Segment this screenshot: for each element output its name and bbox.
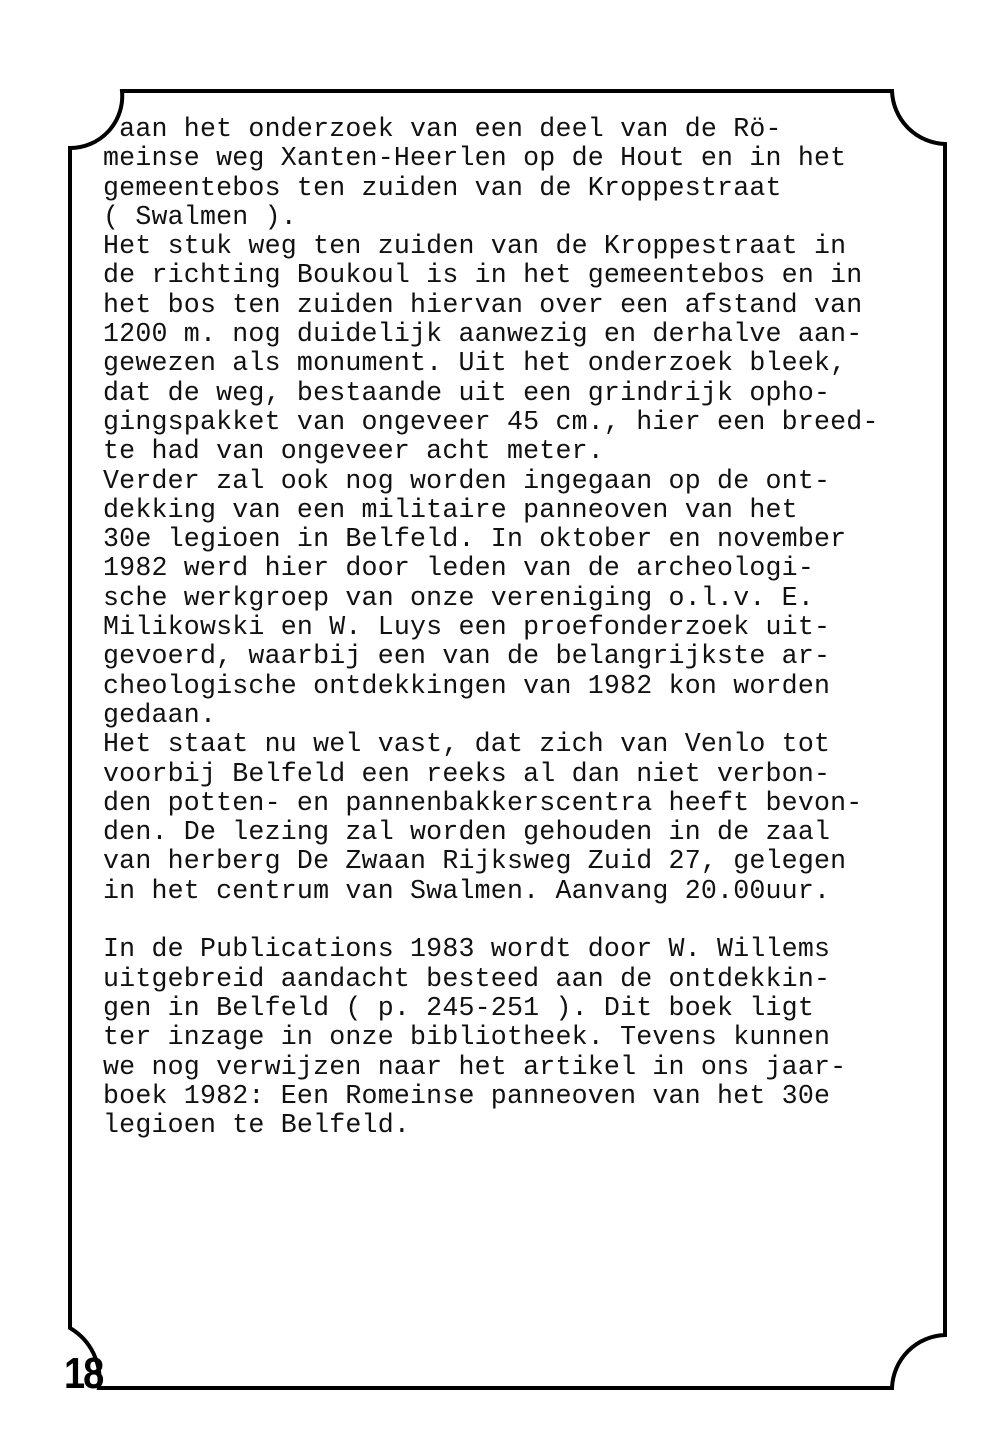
text-line: gen in Belfeld ( p. 245-251 ). Dit boek … — [103, 994, 963, 1023]
text-line: gewezen als monument. Uit het onderzoek … — [103, 349, 963, 378]
text-line: Milikowski en W. Luys een proefonderzoek… — [103, 613, 963, 642]
paragraph: Het stuk weg ten zuiden van de Kroppestr… — [103, 232, 963, 466]
text-line: gemeentebos ten zuiden van de Kroppestra… — [103, 174, 963, 203]
paragraph: Verder zal ook nog worden ingegaan op de… — [103, 467, 963, 731]
paragraph: Het staat nu wel vast, dat zich van Venl… — [103, 730, 963, 906]
text-line: het bos ten zuiden hiervan over een afst… — [103, 291, 963, 320]
text-line: aan het onderzoek van een deel van de Rö… — [103, 115, 963, 144]
text-line: 30e legioen in Belfeld. In oktober en no… — [103, 525, 963, 554]
text-line: voorbij Belfeld een reeks al dan niet ve… — [103, 760, 963, 789]
text-line: de richting Boukoul is in het gemeentebo… — [103, 261, 963, 290]
paragraph: aan het onderzoek van een deel van de Rö… — [103, 115, 963, 232]
typed-article-text: aan het onderzoek van een deel van de Rö… — [103, 115, 963, 1140]
text-line: in het centrum van Swalmen. Aanvang 20.0… — [103, 877, 963, 906]
text-line: boek 1982: Een Romeinse panneoven van he… — [103, 1082, 963, 1111]
text-line: 1982 werd hier door leden van de archeol… — [103, 554, 963, 583]
text-line: Verder zal ook nog worden ingegaan op de… — [103, 467, 963, 496]
text-line: uitgebreid aandacht besteed aan de ontde… — [103, 965, 963, 994]
text-line: 1200 m. nog duidelijk aanwezig en derhal… — [103, 320, 963, 349]
text-line: meinse weg Xanten-Heerlen op de Hout en … — [103, 144, 963, 173]
text-line: sche werkgroep van onze vereniging o.l.v… — [103, 584, 963, 613]
text-line: den potten- en pannenbakkerscentra heeft… — [103, 789, 963, 818]
text-line: den. De lezing zal worden gehouden in de… — [103, 818, 963, 847]
text-line: dekking van een militaire panneoven van … — [103, 496, 963, 525]
text-line: gingspakket van ongeveer 45 cm., hier ee… — [103, 408, 963, 437]
text-line: Het staat nu wel vast, dat zich van Venl… — [103, 730, 963, 759]
text-line: gevoerd, waarbij een van de belangrijkst… — [103, 642, 963, 671]
text-line: In de Publications 1983 wordt door W. Wi… — [103, 935, 963, 964]
paragraph-spacer — [103, 906, 963, 935]
text-line: we nog verwijzen naar het artikel in ons… — [103, 1053, 963, 1082]
page-number: 18 — [64, 1350, 102, 1399]
text-line: legioen te Belfeld. — [103, 1111, 963, 1140]
text-line: van herberg De Zwaan Rijksweg Zuid 27, g… — [103, 847, 963, 876]
text-line: dat de weg, bestaande uit een grindrijk … — [103, 379, 963, 408]
text-line: ter inzage in onze bibliotheek. Tevens k… — [103, 1023, 963, 1052]
paragraph: In de Publications 1983 wordt door W. Wi… — [103, 935, 963, 1140]
text-line: Het stuk weg ten zuiden van de Kroppestr… — [103, 232, 963, 261]
text-line: gedaan. — [103, 701, 963, 730]
text-line: cheologische ontdekkingen van 1982 kon w… — [103, 672, 963, 701]
text-line: ( Swalmen ). — [103, 203, 963, 232]
text-line: te had van ongeveer acht meter. — [103, 437, 963, 466]
